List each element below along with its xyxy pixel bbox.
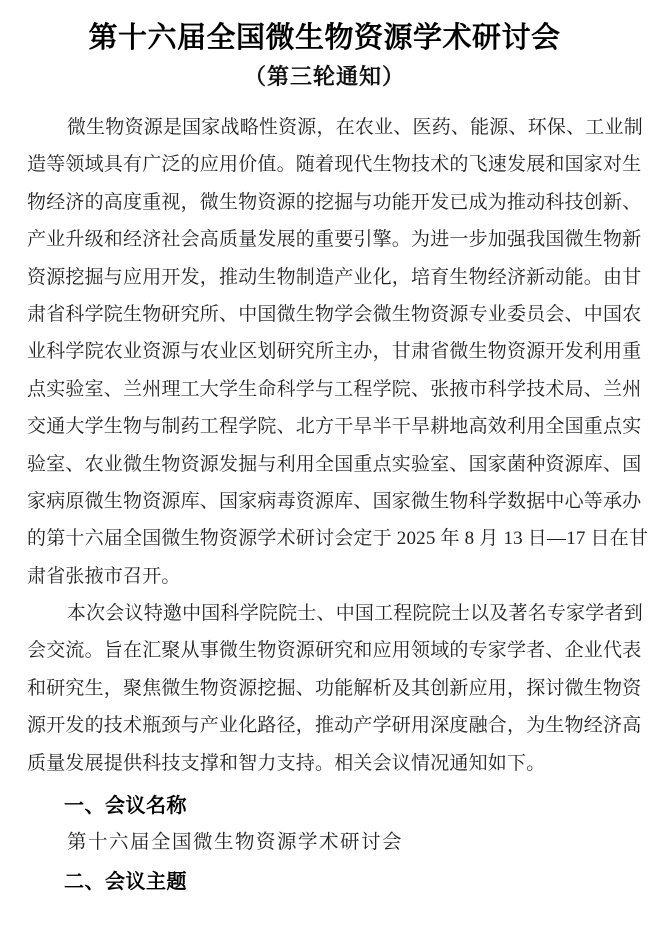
document-subtitle: （第三轮通知） <box>27 62 622 92</box>
paragraph-1-line-11: 家病原微生物资源库、国家病毒资源库、国家微生物科学数据中心等承办 <box>27 483 622 520</box>
paragraph-2-line-5: 质量发展提供科技支撑和智力支持。相关会议情况通知如下。 <box>27 745 622 782</box>
paragraph-1-line-6: 肃省科学院生物研究所、中国微生物学会微生物资源专业委员会、中国农 <box>27 296 622 333</box>
paragraph-2-line-3: 和研究生，聚焦微生物资源挖掘、功能解析及其创新应用，探讨微生物资 <box>27 670 622 707</box>
paragraph-1-line-1: 微生物资源是国家战略性资源，在农业、医药、能源、环保、工业制 <box>27 109 622 146</box>
document-title: 第十六届全国微生物资源学术研讨会 <box>27 20 622 56</box>
paragraph-1-line-5: 资源挖掘与应用开发，推动生物制造产业化，培育生物经济新动能。由甘 <box>27 259 622 296</box>
paragraph-1-line-8: 点实验室、兰州理工大学生命科学与工程学院、张掖市科学技术局、兰州 <box>27 371 622 408</box>
paragraph-1-line-7: 业科学院农业资源与农业区划研究所主办，甘肃省微生物资源开发利用重 <box>27 333 622 370</box>
paragraph-1-line-9: 交通大学生物与制药工程学院、北方干旱半干旱耕地高效利用全国重点实 <box>27 408 622 445</box>
paragraph-1-line-12: 的第十六届全国微生物资源学术研讨会定于 2025 年 8 月 13 日—17 日… <box>27 520 622 557</box>
paragraph-1-line-10: 验室、农业微生物资源发掘与利用全国重点实验室、国家菌种资源库、国 <box>27 446 622 483</box>
paragraph-1-line-2: 造等领域具有广泛的应用价值。随着现代生物技术的飞速发展和国家对生 <box>27 146 622 183</box>
paragraph-1-line-13: 肃省张掖市召开。 <box>27 558 622 595</box>
paragraph-1-line-4: 产业升级和经济社会高质量发展的重要引擎。为进一步加强我国微生物新 <box>27 221 622 258</box>
document-page: 第十六届全国微生物资源学术研讨会 （第三轮通知） 微生物资源是国家战略性资源，在… <box>0 0 649 943</box>
paragraph-2-line-4: 源开发的技术瓶颈与产业化路径，推动产学研用深度融合，为生物经济高 <box>27 707 622 744</box>
paragraph-2-line-1: 本次会议特邀中国科学院院士、中国工程院院士以及著名专家学者到 <box>27 595 622 632</box>
paragraph-2-line-2: 会交流。旨在汇聚从事微生物资源研究和应用领域的专家学者、企业代表 <box>27 632 622 669</box>
paragraph-1-line-3: 物经济的高度重视，微生物资源的挖掘与功能开发已成为推动科技创新、 <box>27 184 622 221</box>
section-content-1: 第十六届全国微生物资源学术研讨会 <box>27 828 622 858</box>
section-heading-1: 一、会议名称 <box>27 791 622 821</box>
section-heading-2: 二、会议主题 <box>27 867 622 897</box>
body-paragraphs: 微生物资源是国家战略性资源，在农业、医药、能源、环保、工业制造等领域具有广泛的应… <box>27 109 622 782</box>
